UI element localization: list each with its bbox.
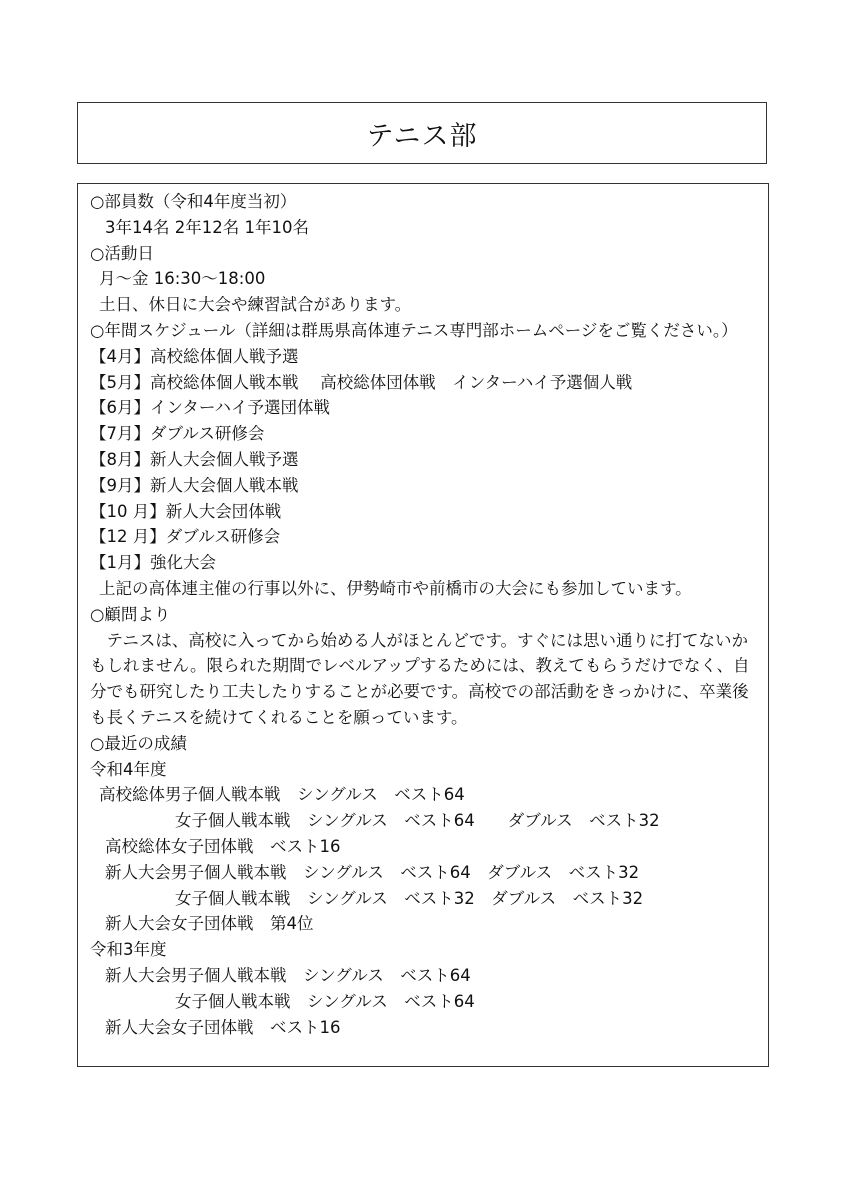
schedule-item: 【4月】高校総体個人戦予選 [90,344,768,370]
results-heading: ○最近の成績 [90,731,768,757]
annual-note: 上記の高体連主催の行事以外に、伊勢崎市や前橋市の大会にも参加しています。 [90,576,768,602]
schedule-item: 【12 月】ダブルス研修会 [90,524,768,550]
content-box: ○部員数（令和4年度当初） 3年14名 2年12名 1年10名 ○活動日 月～金… [77,183,769,1067]
members-heading: ○部員数（令和4年度当初） [90,189,768,215]
results-year: 令和4年度 [90,757,768,783]
schedule-item: 【1月】強化大会 [90,550,768,576]
activity-schedule: 月～金 16:30～18:00 [90,266,768,292]
result-line: 女子個人戦本戦 シングルス ベスト64 ダブルス ベスト32 [90,808,768,834]
result-line: 新人大会女子団体戦 第4位 [90,911,768,937]
advisor-message: テニスは、高校に入ってから始める人がほとんどです。すぐには思い通りに打てないかも… [90,628,754,731]
result-line: 女子個人戦本戦 シングルス ベスト32 ダブルス ベスト32 [90,886,768,912]
advisor-message-text: テニスは、高校に入ってから始める人がほとんどです。すぐには思い通りに打てないかも… [90,631,750,727]
schedule-item: 【7月】ダブルス研修会 [90,421,768,447]
schedule-item: 【5月】高校総体個人戦本戦 高校総体団体戦 インターハイ予選個人戦 [90,370,768,396]
result-line: 新人大会男子個人戦本戦 シングルス ベスト64 [90,963,768,989]
schedule-item: 【10 月】新人大会団体戦 [90,499,768,525]
result-line: 新人大会女子団体戦 ベスト16 [90,1015,768,1041]
activity-heading: ○活動日 [90,241,768,267]
advisor-heading: ○顧問より [90,602,768,628]
schedule-item: 【6月】インターハイ予選団体戦 [90,395,768,421]
results-year: 令和3年度 [90,937,768,963]
schedule-item: 【8月】新人大会個人戦予選 [90,447,768,473]
annual-heading: ○年間スケジュール（詳細は群馬県高体連テニス専門部ホームページをご覧ください。） [90,318,768,344]
result-line: 高校総体男子個人戦本戦 シングルス ベスト64 [90,782,768,808]
result-line: 新人大会男子個人戦本戦 シングルス ベスト64 ダブルス ベスト32 [90,860,768,886]
result-line: 女子個人戦本戦 シングルス ベスト64 [90,989,768,1015]
schedule-item: 【9月】新人大会個人戦本戦 [90,473,768,499]
activity-note: 土日、休日に大会や練習試合があります。 [90,292,768,318]
members-detail: 3年14名 2年12名 1年10名 [90,215,768,241]
title-box: テニス部 [77,102,767,164]
page-title: テニス部 [367,114,478,153]
result-line: 高校総体女子団体戦 ベスト16 [90,834,768,860]
